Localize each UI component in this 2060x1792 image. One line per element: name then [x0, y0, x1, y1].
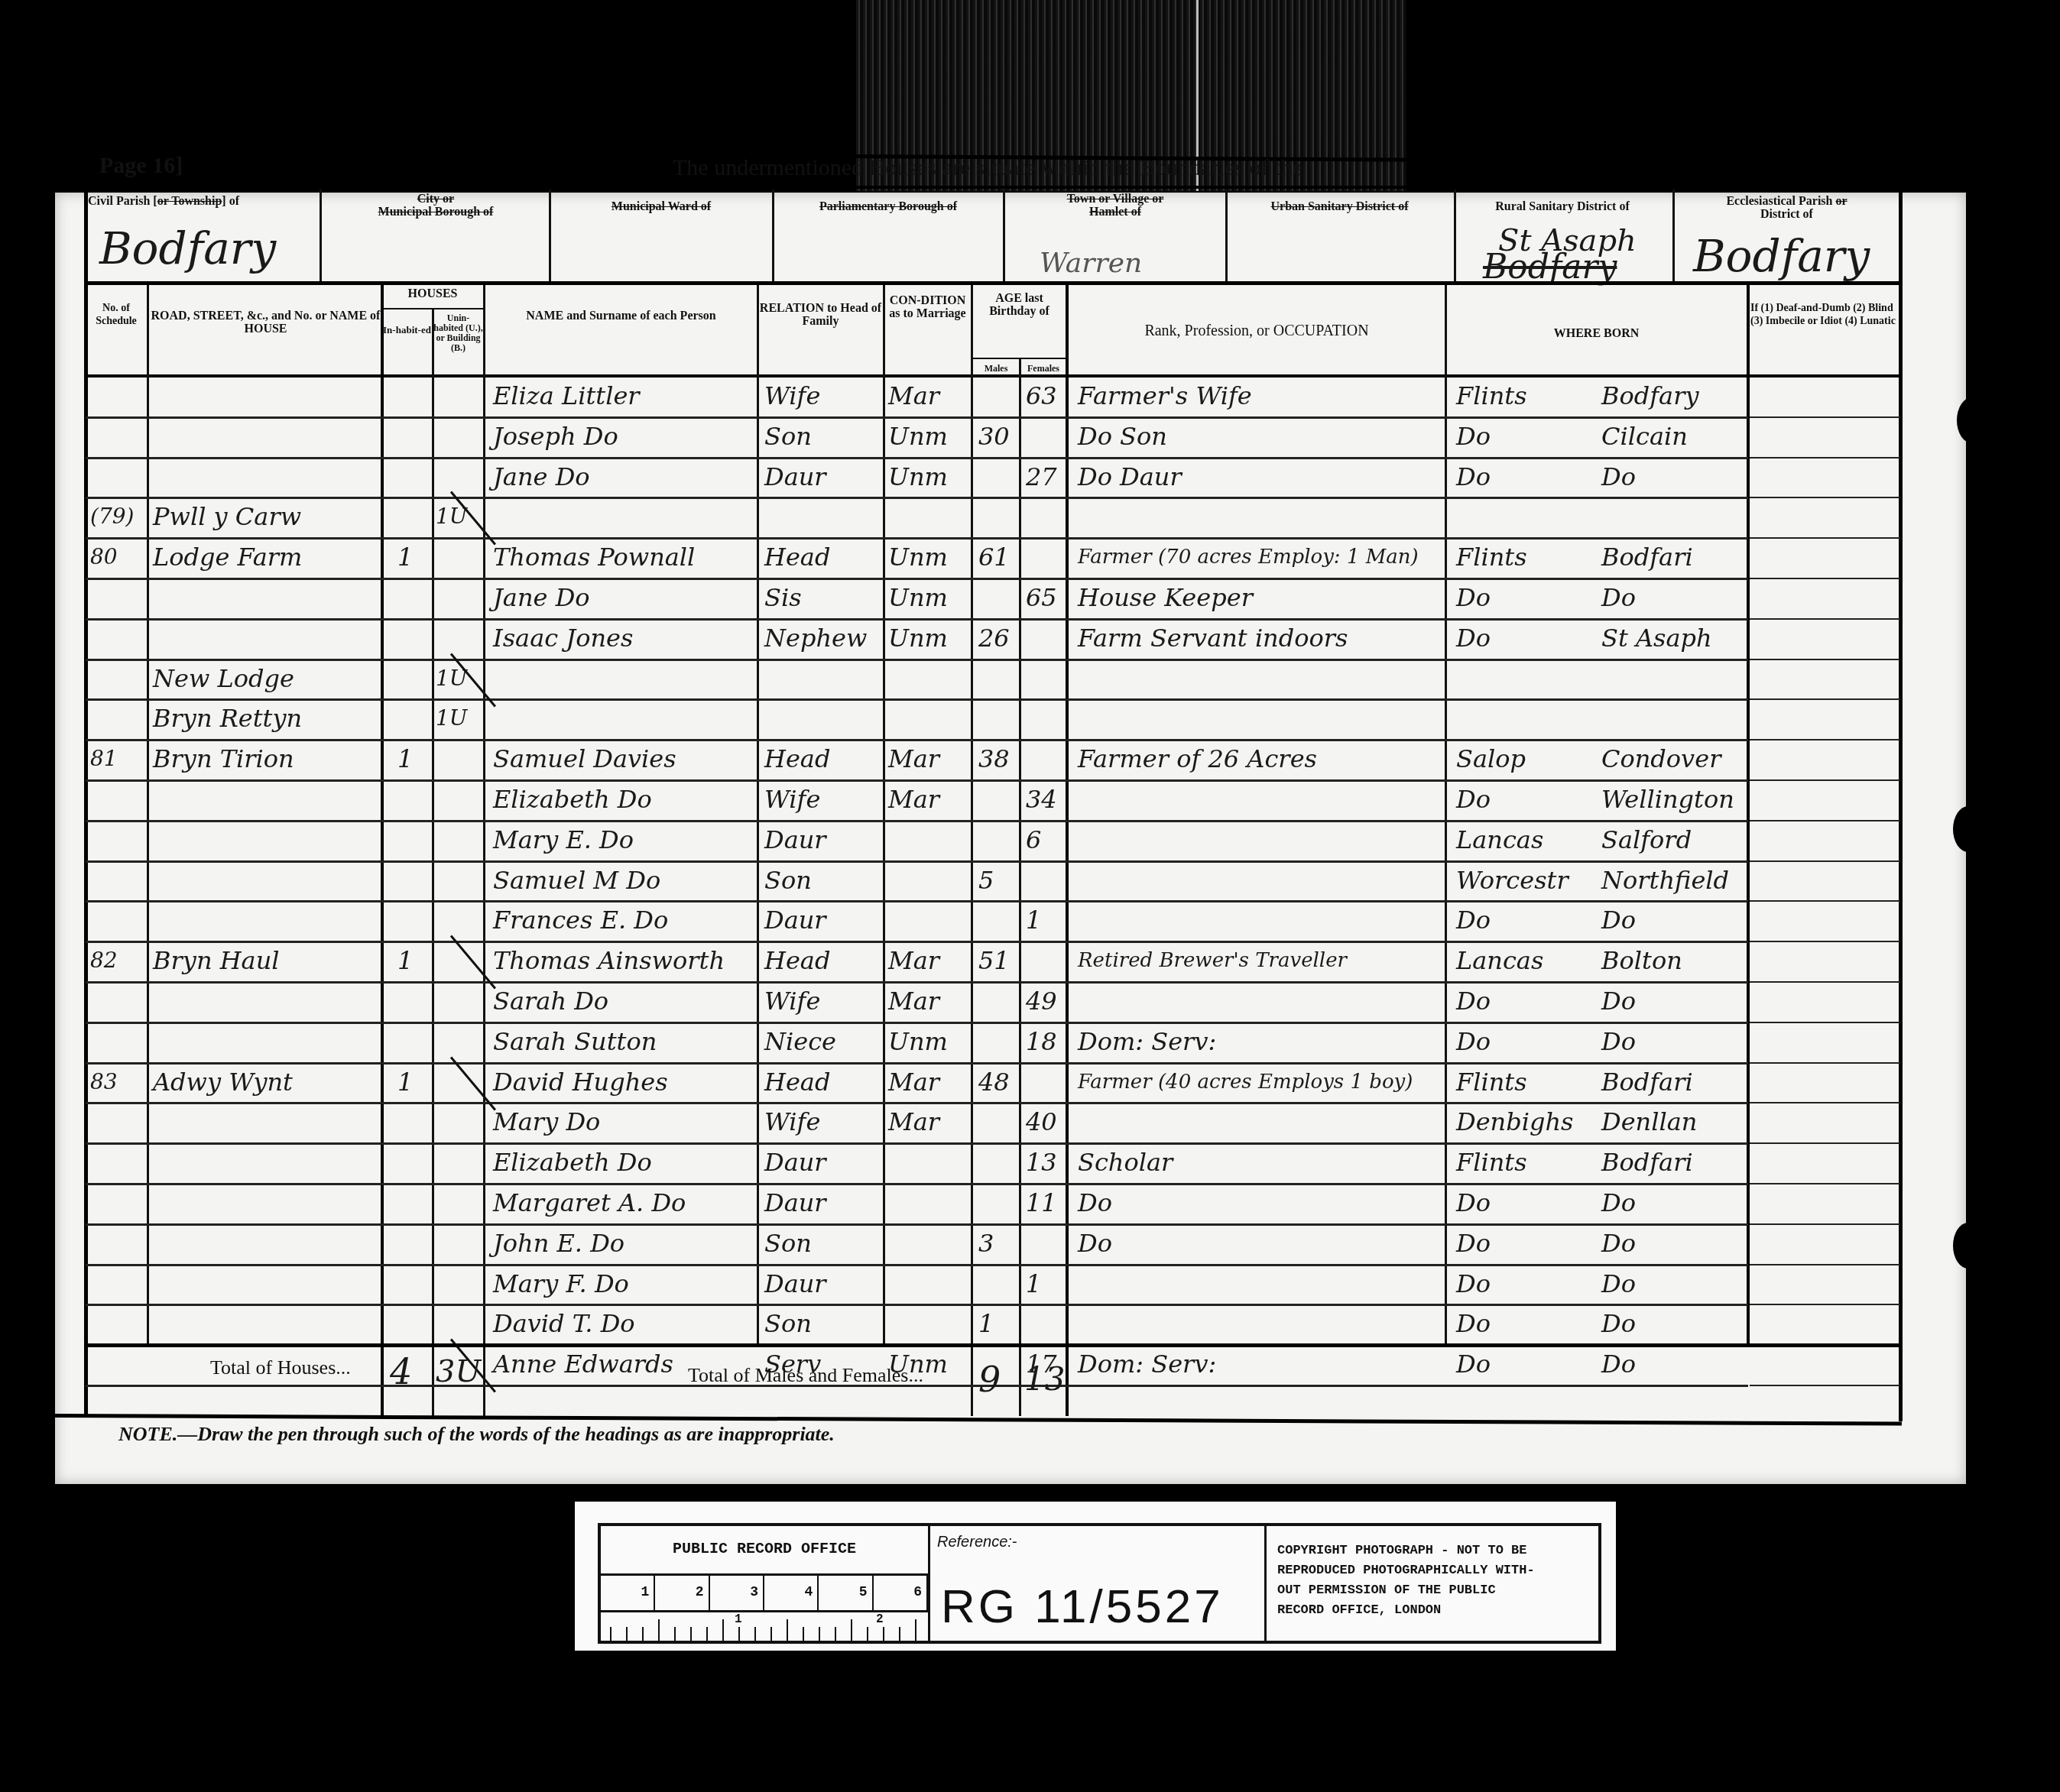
ruler-tick	[626, 1627, 628, 1641]
person-name: Joseph Do	[493, 416, 618, 456]
page-note: NOTE.—Draw the pen through such of the w…	[118, 1423, 835, 1446]
boundary-civil-parish-label: Civil Parish [or Township] of	[88, 195, 317, 208]
reference-label: Reference:-	[937, 1534, 1017, 1551]
ruler-tick-label: 6	[874, 1576, 928, 1610]
ruler-tick	[738, 1627, 740, 1641]
house-name: New Lodge	[153, 659, 294, 698]
occupation: Farmer of 26 Acres	[1078, 739, 1317, 779]
relation: Wife	[764, 1102, 820, 1142]
relation: Daur	[764, 1264, 826, 1304]
row-divider	[86, 1304, 1748, 1306]
birth-county: Do	[1456, 981, 1491, 1021]
male-age: 48	[978, 1062, 1010, 1102]
ruler-tick	[787, 1619, 788, 1641]
page-title: The undermentioned Houses are situate wi…	[673, 155, 1303, 181]
marital-condition: Unm	[888, 618, 948, 658]
occupation: Farm Servant indoors	[1078, 618, 1348, 658]
male-age: 61	[978, 537, 1010, 577]
birth-county: Do	[1456, 1264, 1491, 1304]
row-divider	[1750, 457, 1900, 459]
divider	[86, 186, 1902, 189]
col-header-age: AGE last Birthday of	[972, 292, 1066, 318]
relation: Wife	[764, 981, 820, 1021]
col-divider	[1019, 358, 1021, 1416]
birth-county: Do	[1456, 1344, 1491, 1384]
schedule-number: 82	[90, 941, 118, 980]
col-divider	[1066, 285, 1069, 1416]
birth-place: Denllan	[1601, 1102, 1697, 1142]
boundary-town-village-value: Warren	[1040, 245, 1142, 283]
row-divider	[1750, 860, 1900, 862]
schedule-number: (79)	[90, 497, 134, 536]
birth-place: Do	[1601, 900, 1636, 940]
birth-county: Do	[1456, 1022, 1491, 1061]
house-name: Bryn Haul	[153, 941, 280, 980]
boundary-urban-sanitary-label: Urban Sanitary District of	[1227, 200, 1452, 213]
relation: Son	[764, 860, 812, 900]
male-age: 1	[978, 1304, 994, 1343]
ruler-inch-label: 1	[735, 1612, 742, 1626]
birth-place: Bolton	[1601, 941, 1682, 980]
row-divider	[86, 1223, 1748, 1226]
row-divider	[1750, 941, 1900, 942]
row-divider	[86, 1183, 1748, 1185]
male-age: 51	[978, 941, 1010, 980]
boundary-town-village-label: Town or Village orHamlet of	[1004, 193, 1226, 219]
inhabited-count: 1	[397, 1062, 413, 1102]
col-header-females: Females	[1020, 362, 1067, 375]
row-divider	[86, 497, 1748, 499]
house-name: Pwll y Carw	[153, 497, 301, 536]
occupation: Scholar	[1078, 1142, 1173, 1182]
col-divider	[381, 285, 384, 1416]
relation: Nephew	[764, 618, 867, 658]
inhabited-count: 1	[397, 537, 413, 577]
uninhabited-mark: 1U	[436, 698, 467, 738]
boundary-municipal-ward-label: Municipal Ward of	[550, 200, 772, 213]
person-name: Sarah Sutton	[493, 1022, 657, 1061]
birth-place: Condover	[1601, 739, 1721, 779]
birth-county: Do	[1456, 1183, 1491, 1223]
birth-place: Bodfari	[1601, 537, 1693, 577]
copyright-line: REPRODUCED PHOTOGRAPHICALLY WITH-	[1277, 1561, 1535, 1581]
ruler-tick	[658, 1619, 660, 1641]
marital-condition: Unm	[888, 1022, 948, 1061]
row-divider	[86, 1264, 1748, 1266]
occupation: Dom: Serv:	[1078, 1344, 1216, 1384]
total-houses-inhabited: 4	[390, 1353, 412, 1391]
record-label-frame: PUBLIC RECORD OFFICE 123456 12 Reference…	[598, 1523, 1601, 1644]
person-name: Mary E. Do	[493, 820, 634, 860]
ruler-tick	[835, 1627, 836, 1641]
house-name: Bryn Rettyn	[153, 698, 302, 738]
birth-county: Denbighs	[1456, 1102, 1573, 1142]
birth-county: Lancas	[1456, 820, 1543, 860]
occupation: Do	[1078, 1183, 1112, 1223]
row-divider	[1750, 1183, 1900, 1184]
relation: Wife	[764, 779, 820, 819]
female-age: 34	[1026, 779, 1057, 819]
birth-county: Do	[1456, 1304, 1491, 1343]
col-header-uninhabited: Unin-habited (U.), or Building (B.)	[433, 313, 483, 353]
row-divider	[1750, 1062, 1900, 1064]
col-header-occupation: Rank, Profession, or OCCUPATION	[1069, 325, 1445, 338]
boundary-municipal-borough-label: City orMunicipal Borough of	[321, 193, 550, 219]
marital-condition: Unm	[888, 416, 948, 456]
birth-place: Wellington	[1601, 779, 1734, 819]
inhabited-count: 1	[397, 941, 413, 980]
marital-condition: Mar	[888, 779, 939, 819]
male-age: 3	[978, 1223, 994, 1263]
birth-county: Do	[1456, 416, 1491, 456]
ruler-tick	[770, 1627, 772, 1641]
female-age: 65	[1026, 578, 1057, 617]
occupation: Do Daur	[1078, 457, 1182, 497]
row-divider	[1750, 1022, 1900, 1023]
ruler-tick-label: 3	[710, 1576, 764, 1610]
birth-place: Do	[1601, 1183, 1636, 1223]
row-divider	[1750, 900, 1900, 902]
person-name: John E. Do	[493, 1223, 624, 1263]
birth-county: Do	[1456, 900, 1491, 940]
row-divider	[86, 659, 1748, 661]
relation: Sis	[764, 578, 802, 617]
binding-hole	[1953, 806, 1984, 852]
row-divider	[1750, 739, 1900, 740]
ruler-tick	[674, 1627, 676, 1641]
birth-county: Flints	[1456, 1062, 1527, 1102]
ruler-tick	[915, 1619, 916, 1641]
ruler-tick	[883, 1627, 884, 1641]
ruler-tick	[867, 1627, 868, 1641]
birth-place: Do	[1601, 1022, 1636, 1061]
occupation: Dom: Serv:	[1078, 1022, 1216, 1061]
boundary-rural-sanitary-label: Rural Sanitary District of	[1455, 200, 1669, 213]
birth-county: Lancas	[1456, 941, 1543, 980]
relation: Daur	[764, 457, 826, 497]
relation: Head	[764, 1062, 830, 1102]
female-age: 63	[1026, 376, 1057, 416]
marital-condition: Unm	[888, 578, 948, 617]
occupation: Farmer's Wife	[1078, 376, 1252, 416]
total-females: 13	[1024, 1360, 1065, 1398]
col-header-road: ROAD, STREET, &c., and No. or NAME of HO…	[149, 309, 382, 335]
row-divider	[1750, 698, 1900, 700]
birth-county: Flints	[1456, 1142, 1527, 1182]
col-header-where-born: WHERE BORN	[1446, 327, 1747, 340]
row-divider	[1750, 1102, 1900, 1103]
ruler-tick-label: 5	[819, 1576, 873, 1610]
birth-place: Salford	[1601, 820, 1692, 860]
divider	[86, 281, 1902, 285]
ruler: 123456 12	[601, 1576, 930, 1641]
birth-place: Do	[1601, 1304, 1636, 1343]
occupation: Do Son	[1078, 416, 1167, 456]
person-name: Thomas Pownall	[493, 537, 695, 577]
relation: Son	[764, 416, 812, 456]
occupation: Farmer (40 acres Employs 1 boy)	[1078, 1062, 1413, 1102]
birth-place: Bodfari	[1601, 1062, 1693, 1102]
page-label: Page 16]	[99, 153, 183, 179]
relation: Head	[764, 537, 830, 577]
relation: Daur	[764, 1142, 826, 1182]
ruler-tick	[803, 1627, 804, 1641]
ruler-tick	[690, 1627, 692, 1641]
row-divider	[1750, 1142, 1900, 1144]
row-divider	[1750, 659, 1900, 660]
person-name: Isaac Jones	[493, 618, 633, 658]
copyright-line: OUT PERMISSION OF THE PUBLIC	[1277, 1581, 1535, 1601]
table-left-border	[84, 151, 88, 1416]
person-name: Samuel Davies	[493, 739, 676, 779]
birth-place: Do	[1601, 457, 1636, 497]
row-divider	[1750, 537, 1900, 539]
row-divider	[86, 698, 1748, 701]
house-name: Adwy Wynt	[153, 1062, 293, 1102]
reference-value: RG 11/5527	[941, 1580, 1224, 1634]
col-divider	[971, 285, 973, 1416]
uninhabited-mark: 1U	[436, 659, 467, 698]
table-right-border	[1899, 160, 1903, 1421]
copyright-line: COPYRIGHT PHOTOGRAPH - NOT TO BE	[1277, 1541, 1535, 1561]
row-divider	[86, 900, 1748, 902]
birth-place: Northfield	[1601, 860, 1729, 900]
total-persons-label: Total of Males and Females...	[688, 1364, 923, 1387]
row-divider	[1750, 497, 1900, 498]
col-header-disability: If (1) Deaf-and-Dumb (2) Blind (3) Imbec…	[1750, 302, 1899, 328]
birth-place: Do	[1601, 1344, 1636, 1384]
col-header-relation: RELATION to Head of Family	[758, 302, 883, 328]
relation: Head	[764, 739, 830, 779]
birth-county: Do	[1456, 457, 1491, 497]
female-age: 40	[1026, 1102, 1057, 1142]
person-name: Elizabeth Do	[493, 779, 652, 819]
birth-county: Do	[1456, 578, 1491, 617]
relation: Son	[764, 1304, 812, 1343]
col-header-houses: HOUSES	[382, 287, 483, 300]
schedule-number: 83	[90, 1062, 118, 1102]
col-header-inhabited: In-habit-ed	[382, 325, 432, 335]
row-divider	[1750, 1304, 1900, 1305]
person-name: David Hughes	[493, 1062, 668, 1102]
person-name: Anne Edwards	[493, 1344, 673, 1384]
row-divider	[1750, 618, 1900, 620]
ruler-tick-label: 1	[601, 1576, 655, 1610]
marital-condition: Mar	[888, 376, 939, 416]
female-age: 13	[1026, 1142, 1057, 1182]
inhabited-count: 1	[397, 739, 413, 779]
ruler-inch-scale: 12	[601, 1612, 928, 1641]
schedule-number: 80	[90, 537, 118, 577]
male-age: 5	[978, 860, 994, 900]
birth-county: Flints	[1456, 376, 1527, 416]
boundary-ecclesiastical-value: Bodfary	[1693, 237, 1870, 275]
male-age: 26	[978, 618, 1010, 658]
occupation: House Keeper	[1078, 578, 1253, 617]
boundary-ecclesiastical-label: Ecclesiastical Parish orDistrict of	[1674, 195, 1899, 221]
divider	[1264, 1526, 1267, 1641]
person-name: Jane Do	[493, 578, 590, 617]
marital-condition: Mar	[888, 941, 939, 980]
person-name: Eliza Littler	[493, 376, 640, 416]
marital-condition: Mar	[888, 1062, 939, 1102]
occupation: Farmer (70 acres Employ: 1 Man)	[1078, 537, 1419, 577]
person-name: Thomas Ainsworth	[493, 941, 725, 980]
boundary-parliamentary-borough-label: Parliamentary Borough of	[774, 200, 1003, 213]
male-age: 30	[978, 416, 1010, 456]
ruler-tick	[899, 1627, 900, 1641]
female-age: 49	[1026, 981, 1057, 1021]
person-name: Samuel M Do	[493, 860, 660, 900]
relation: Daur	[764, 1183, 826, 1223]
copyright-line: RECORD OFFICE, LONDON	[1277, 1601, 1535, 1621]
person-name: Frances E. Do	[493, 900, 668, 940]
birth-county: Do	[1456, 1223, 1491, 1263]
birth-county: Worcestr	[1456, 860, 1569, 900]
house-name: Lodge Farm	[153, 537, 302, 577]
marital-condition: Unm	[888, 457, 948, 497]
uninhabited-mark: 1U	[436, 497, 467, 536]
col-header-condition: CON-DITION as to Marriage	[884, 294, 971, 320]
ruler-tick	[851, 1619, 852, 1641]
birth-place: Bodfary	[1601, 376, 1699, 416]
relation: Head	[764, 941, 830, 980]
female-age: 11	[1026, 1183, 1057, 1223]
ruler-tick	[722, 1619, 724, 1641]
birth-place: Bodfari	[1601, 1142, 1693, 1182]
female-age: 18	[1026, 1022, 1057, 1061]
row-divider	[1750, 578, 1900, 579]
person-name: David T. Do	[493, 1304, 635, 1343]
ruler-tick	[754, 1627, 756, 1641]
total-houses-uninhabited: 3U	[436, 1353, 481, 1391]
birth-county: Flints	[1456, 537, 1527, 577]
record-office-name: PUBLIC RECORD OFFICE	[601, 1526, 930, 1576]
male-age: 38	[978, 739, 1010, 779]
boundary-civil-parish-value: Bodfary	[99, 229, 276, 267]
birth-place: St Asaph	[1601, 618, 1712, 658]
schedule-number: 81	[90, 739, 118, 779]
birth-place: Cilcain	[1601, 416, 1688, 456]
row-divider	[1750, 779, 1900, 781]
total-houses-label: Total of Houses...	[210, 1356, 351, 1379]
birth-place: Do	[1601, 1223, 1636, 1263]
ruler-cm-scale: 123456	[601, 1576, 928, 1612]
birth-county: Do	[1456, 618, 1491, 658]
row-divider	[1750, 416, 1900, 418]
relation: Wife	[764, 376, 820, 416]
birth-place: Do	[1601, 981, 1636, 1021]
col-divider	[483, 285, 485, 1416]
occupation: Do	[1078, 1223, 1112, 1263]
occupation: Retired Brewer's Traveller	[1078, 941, 1347, 980]
row-divider	[1750, 1385, 1900, 1386]
ruler-inch-label: 2	[876, 1612, 884, 1626]
person-name: Margaret A. Do	[493, 1183, 686, 1223]
ruler-tick-label: 2	[655, 1576, 709, 1610]
person-name: Mary F. Do	[493, 1264, 629, 1304]
female-age: 27	[1026, 457, 1057, 497]
marital-condition: Mar	[888, 981, 939, 1021]
relation: Niece	[764, 1022, 836, 1061]
total-males: 9	[978, 1360, 1001, 1398]
row-divider	[1750, 1264, 1900, 1265]
person-name: Sarah Do	[493, 981, 608, 1021]
marital-condition: Mar	[888, 739, 939, 779]
ruler-tick	[819, 1627, 820, 1641]
house-name: Bryn Tirion	[153, 739, 294, 779]
row-divider	[1750, 820, 1900, 821]
person-name: Jane Do	[493, 457, 590, 497]
female-age: 1	[1026, 900, 1041, 940]
marital-condition: Mar	[888, 1102, 939, 1142]
binding-hole	[1953, 1223, 1984, 1269]
ruler-tick	[706, 1627, 708, 1641]
ruler-tick	[642, 1627, 644, 1641]
row-divider	[1750, 981, 1900, 983]
birth-place: Do	[1601, 1264, 1636, 1304]
copyright-notice: COPYRIGHT PHOTOGRAPH - NOT TO BEREPRODUC…	[1277, 1541, 1535, 1621]
female-age: 1	[1026, 1264, 1041, 1304]
female-age: 6	[1026, 820, 1041, 860]
person-name: Elizabeth Do	[493, 1142, 652, 1182]
relation: Daur	[764, 900, 826, 940]
col-header-schedule: No. of Schedule	[86, 302, 147, 328]
ruler-tick	[610, 1627, 612, 1641]
relation: Son	[764, 1223, 812, 1263]
binding-hole	[1957, 397, 1987, 443]
birth-county: Salop	[1456, 739, 1526, 779]
marital-condition: Unm	[888, 537, 948, 577]
birth-place: Do	[1601, 578, 1636, 617]
col-header-males: Males	[972, 362, 1020, 375]
col-header-name: NAME and Surname of each Person	[485, 309, 757, 322]
record-label: PUBLIC RECORD OFFICE 123456 12 Reference…	[575, 1502, 1616, 1651]
divider	[86, 1343, 1902, 1347]
birth-county: Do	[1456, 779, 1491, 819]
person-name: Mary Do	[493, 1102, 600, 1142]
ruler-tick-label: 4	[764, 1576, 819, 1610]
row-divider	[1750, 1223, 1900, 1225]
relation: Daur	[764, 820, 826, 860]
